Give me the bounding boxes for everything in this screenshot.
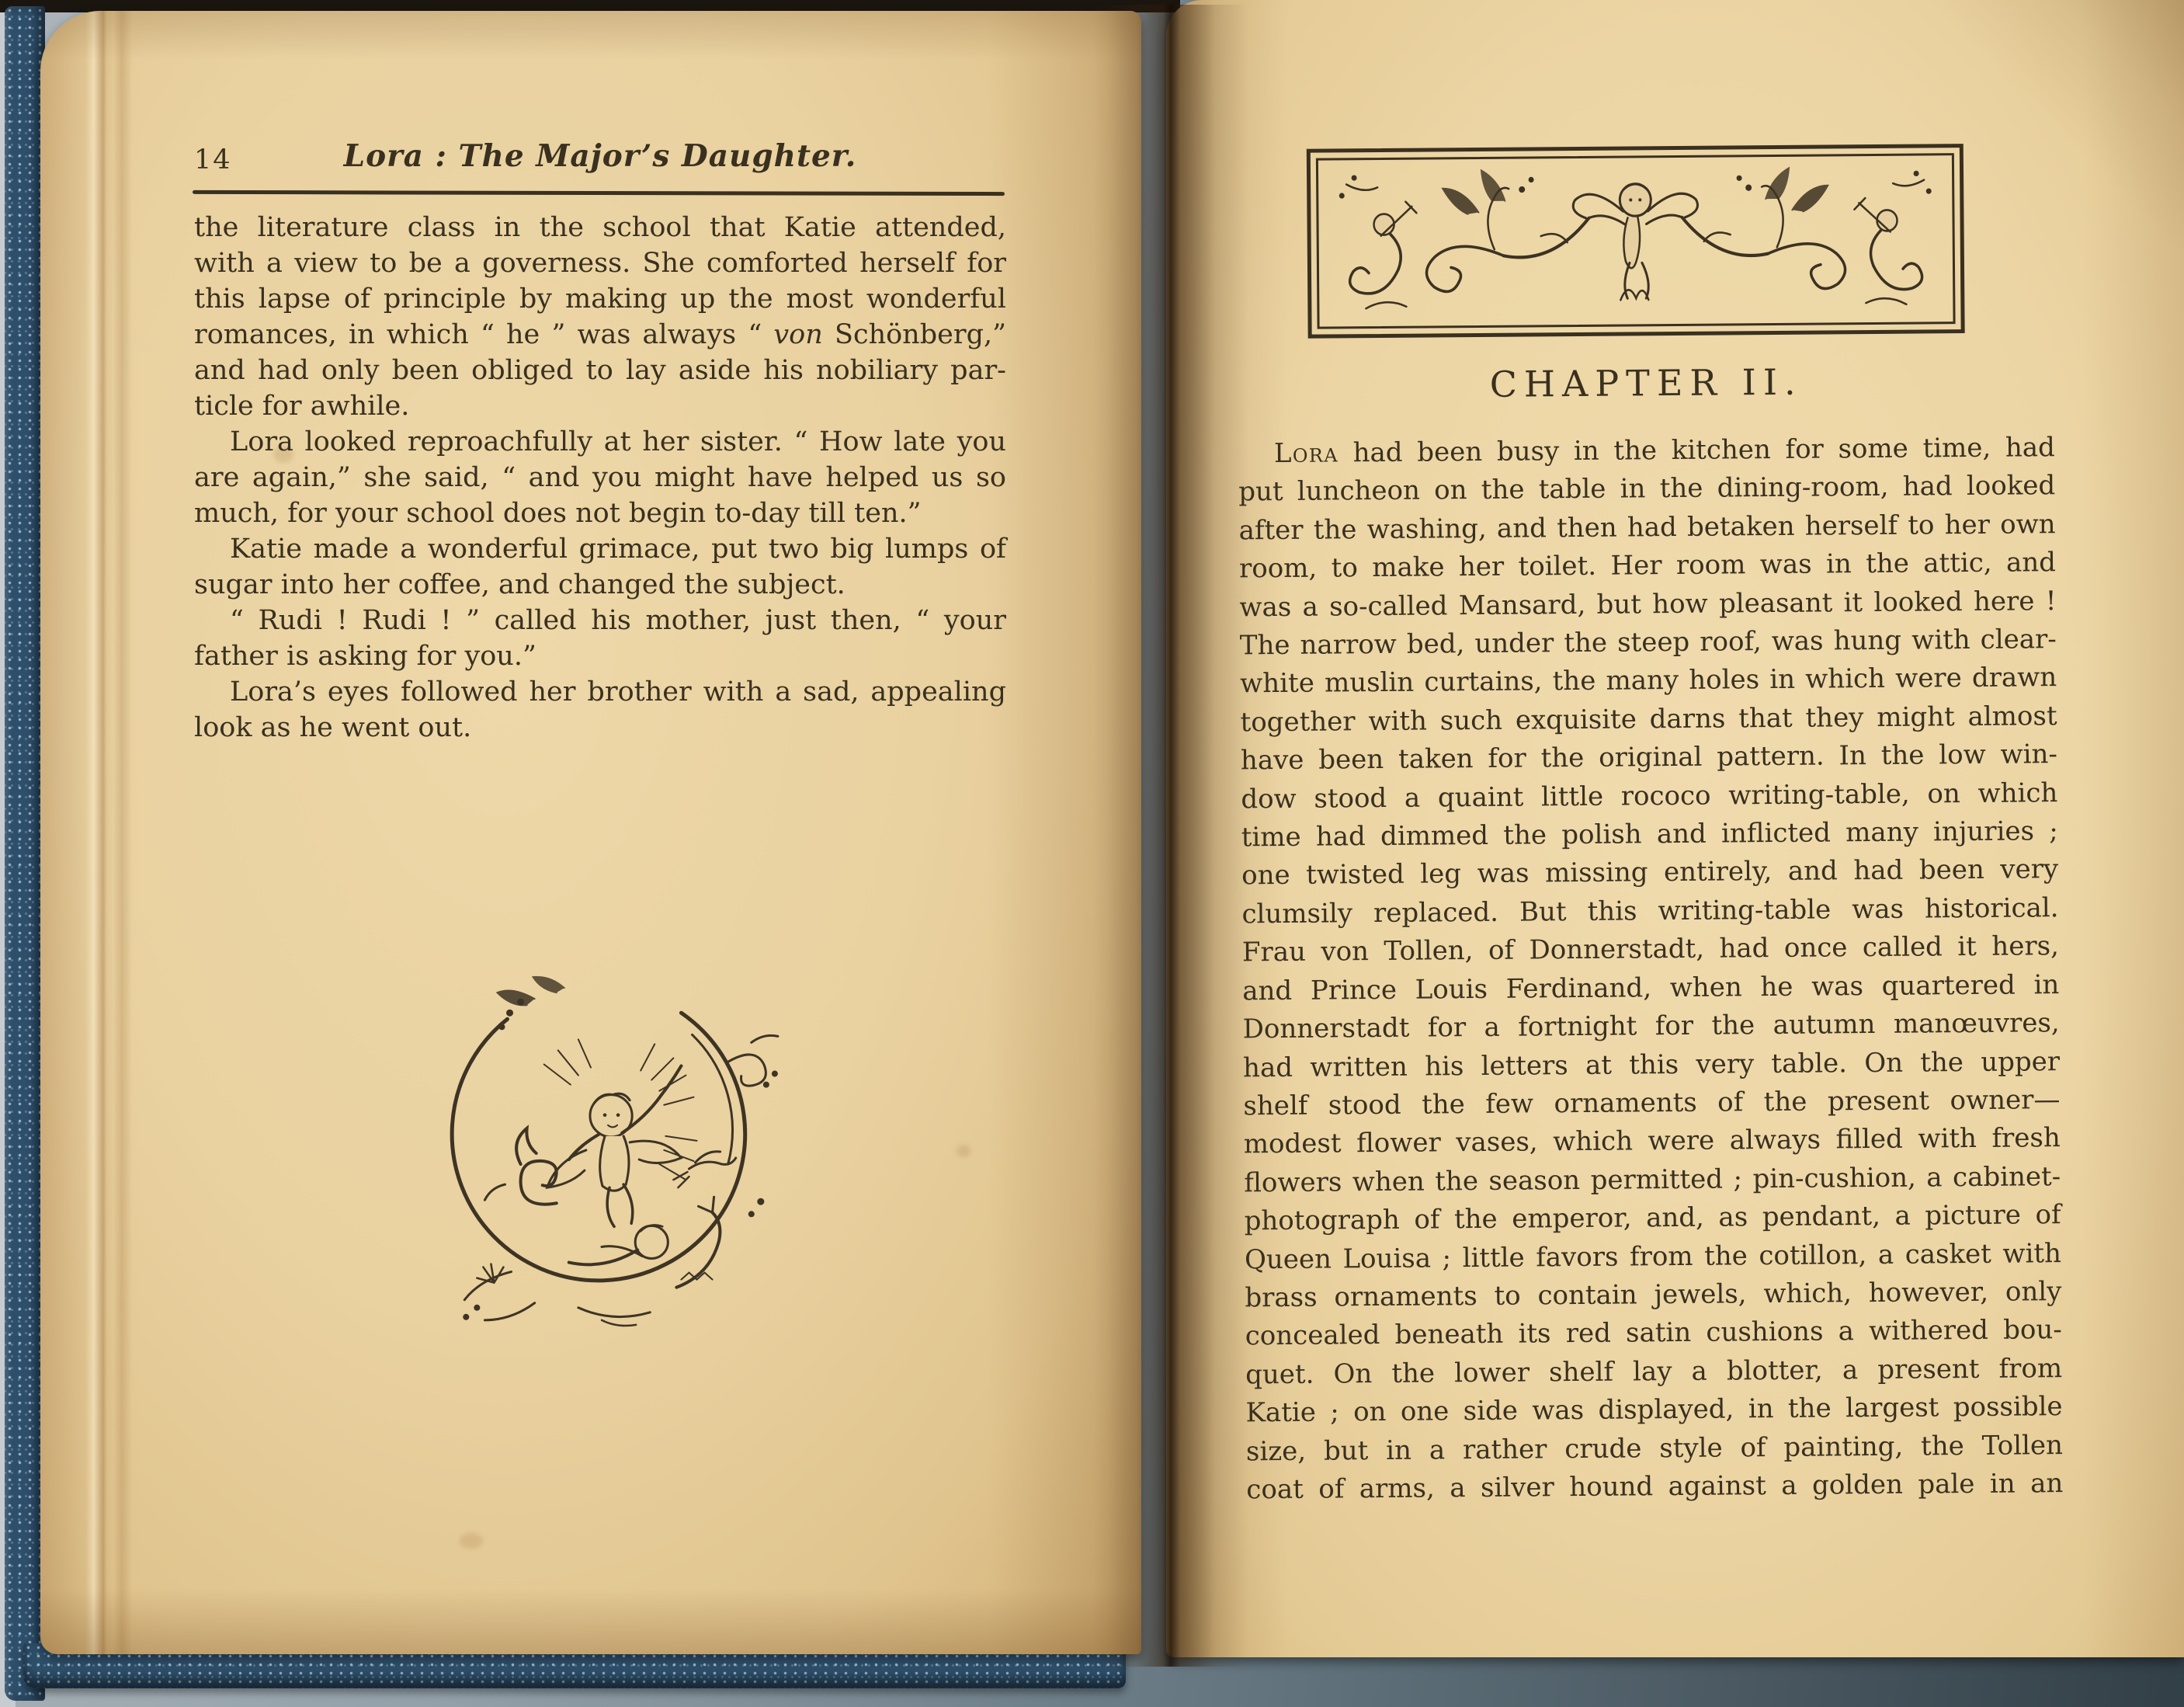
text-line: have been taken for the original pattern… bbox=[1241, 735, 2057, 780]
text-line: room, to make her toilet. Her room was i… bbox=[1239, 544, 2056, 589]
text-line: sugar into her coffee, and changed the s… bbox=[194, 567, 1006, 603]
paragraph: Lora had been busy in the kitchen for so… bbox=[1238, 429, 2064, 1510]
foxing-spot bbox=[460, 1533, 483, 1549]
text-line: Frau von Tollen, of Donnerstadt, had onc… bbox=[1242, 927, 2059, 972]
text-line: father is asking for you.” bbox=[194, 638, 1006, 674]
paragraph: “ Rudi ! Rudi ! ” called his mother, jus… bbox=[194, 603, 1006, 674]
text-line: had written his letters at this very tab… bbox=[1243, 1043, 2060, 1088]
text-line: and Prince Louis Ferdinand, when he was … bbox=[1242, 966, 2059, 1011]
text-line: brass ornaments to contain jewels, which… bbox=[1245, 1273, 2061, 1318]
page-number: 14 bbox=[194, 144, 232, 176]
text-line: after the washing, and then had betaken … bbox=[1238, 506, 2055, 551]
text-line: Lora had been busy in the kitchen for so… bbox=[1238, 429, 2055, 474]
right-page-content: CHAPTER II. Lora had been busy in the ki… bbox=[1166, 0, 2184, 1657]
foxing-spot bbox=[273, 446, 293, 463]
text-line: concealed beneath its red satin cushions… bbox=[1245, 1311, 2062, 1356]
text-line: with a view to be a governess. She comfo… bbox=[194, 245, 1006, 281]
text-line: this lapse of principle by making up the… bbox=[194, 281, 1006, 317]
paragraph: the literature class in the school that … bbox=[194, 210, 1006, 424]
paragraph: Lora looked reproachfully at her sister.… bbox=[194, 424, 1006, 531]
text-line: was a so-called Mansard, but how pleasan… bbox=[1239, 582, 2056, 628]
left-page-header: 14 Lora : The Major’s Daughter. bbox=[194, 138, 1006, 179]
paragraph: Katie made a wonderful grimace, put two … bbox=[194, 531, 1006, 603]
text-line: the literature class in the school that … bbox=[194, 210, 1006, 245]
text-line: ticle for awhile. bbox=[194, 388, 1006, 424]
text-line: white muslin curtains, the many holes in… bbox=[1240, 659, 2057, 704]
text-line: are again,” she said, “ and you might ha… bbox=[194, 460, 1006, 495]
text-line: look as he went out. bbox=[194, 710, 1006, 746]
text-line: dow stood a quaint little rococo writing… bbox=[1241, 774, 2057, 819]
text-line: shelf stood the few ornaments of the pre… bbox=[1243, 1081, 2060, 1126]
text-line: size, but in a rather crude style of pai… bbox=[1246, 1427, 2063, 1472]
book-scan-spread: 14 Lora : The Major’s Daughter. the lite… bbox=[0, 0, 2184, 1707]
text-line: much, for your school does not begin to-… bbox=[194, 495, 1006, 531]
text-line: coat of arms, a silver hound against a g… bbox=[1246, 1465, 2063, 1510]
running-header: Lora : The Major’s Daughter. bbox=[194, 138, 1006, 174]
chapter-headpiece-illustration bbox=[1307, 144, 1965, 339]
text-line: Lora’s eyes followed her brother with a … bbox=[194, 674, 1006, 710]
text-line: flowers when the season permitted ; pin-… bbox=[1244, 1158, 2061, 1203]
text-line: modest flower vases, which were always f… bbox=[1244, 1119, 2061, 1164]
text-line: “ Rudi ! Rudi ! ” called his mother, jus… bbox=[194, 603, 1006, 638]
text-line: together with such exquisite darns that … bbox=[1240, 697, 2057, 742]
chapter-heading: CHAPTER II. bbox=[1238, 359, 2054, 407]
text-line: clumsily replaced. But this writing-tabl… bbox=[1241, 889, 2058, 934]
tailpiece-vignette-illustration bbox=[418, 968, 784, 1350]
cherub-headband-engraving bbox=[1318, 155, 1953, 326]
text-line: one twisted leg was missing entirely, an… bbox=[1241, 851, 2058, 896]
text-line: quet. On the lower shelf lay a blotter, … bbox=[1245, 1350, 2062, 1395]
text-line: Katie ; on one side was displayed, in th… bbox=[1245, 1388, 2062, 1433]
headpiece-frame bbox=[1316, 153, 1956, 329]
right-page: CHAPTER II. Lora had been busy in the ki… bbox=[1166, 0, 2184, 1657]
text-line: Lora looked reproachfully at her sister.… bbox=[194, 424, 1006, 460]
text-line: time had dimmed the polish and inflicted… bbox=[1241, 812, 2058, 857]
cherub-vignette-engraving bbox=[418, 968, 784, 1350]
text-line: and had only been obliged to lay aside h… bbox=[194, 353, 1006, 388]
left-page: 14 Lora : The Major’s Daughter. the lite… bbox=[40, 11, 1141, 1654]
right-page-body-text: Lora had been busy in the kitchen for so… bbox=[1238, 429, 2064, 1510]
paragraph: Lora’s eyes followed her brother with a … bbox=[194, 674, 1006, 746]
text-line: put luncheon on the table in the dining-… bbox=[1238, 468, 2055, 513]
foxing-spot bbox=[957, 1145, 970, 1157]
text-line: Queen Louisa ; little favors from the co… bbox=[1245, 1235, 2061, 1280]
text-line: Katie made a wonderful grimace, put two … bbox=[194, 531, 1006, 567]
text-line: The narrow bed, under the steep roof, wa… bbox=[1240, 621, 2057, 666]
book-cover-spine-cloth bbox=[5, 6, 45, 1701]
text-line: photograph of the emperor, and, as penda… bbox=[1244, 1196, 2061, 1241]
text-line: Donnerstadt for a fortnight for the autu… bbox=[1243, 1004, 2060, 1049]
left-page-body-text: the literature class in the school that … bbox=[194, 210, 1006, 746]
header-rule bbox=[193, 190, 1005, 196]
text-line: romances, in which “ he ” was always “ v… bbox=[194, 317, 1006, 353]
